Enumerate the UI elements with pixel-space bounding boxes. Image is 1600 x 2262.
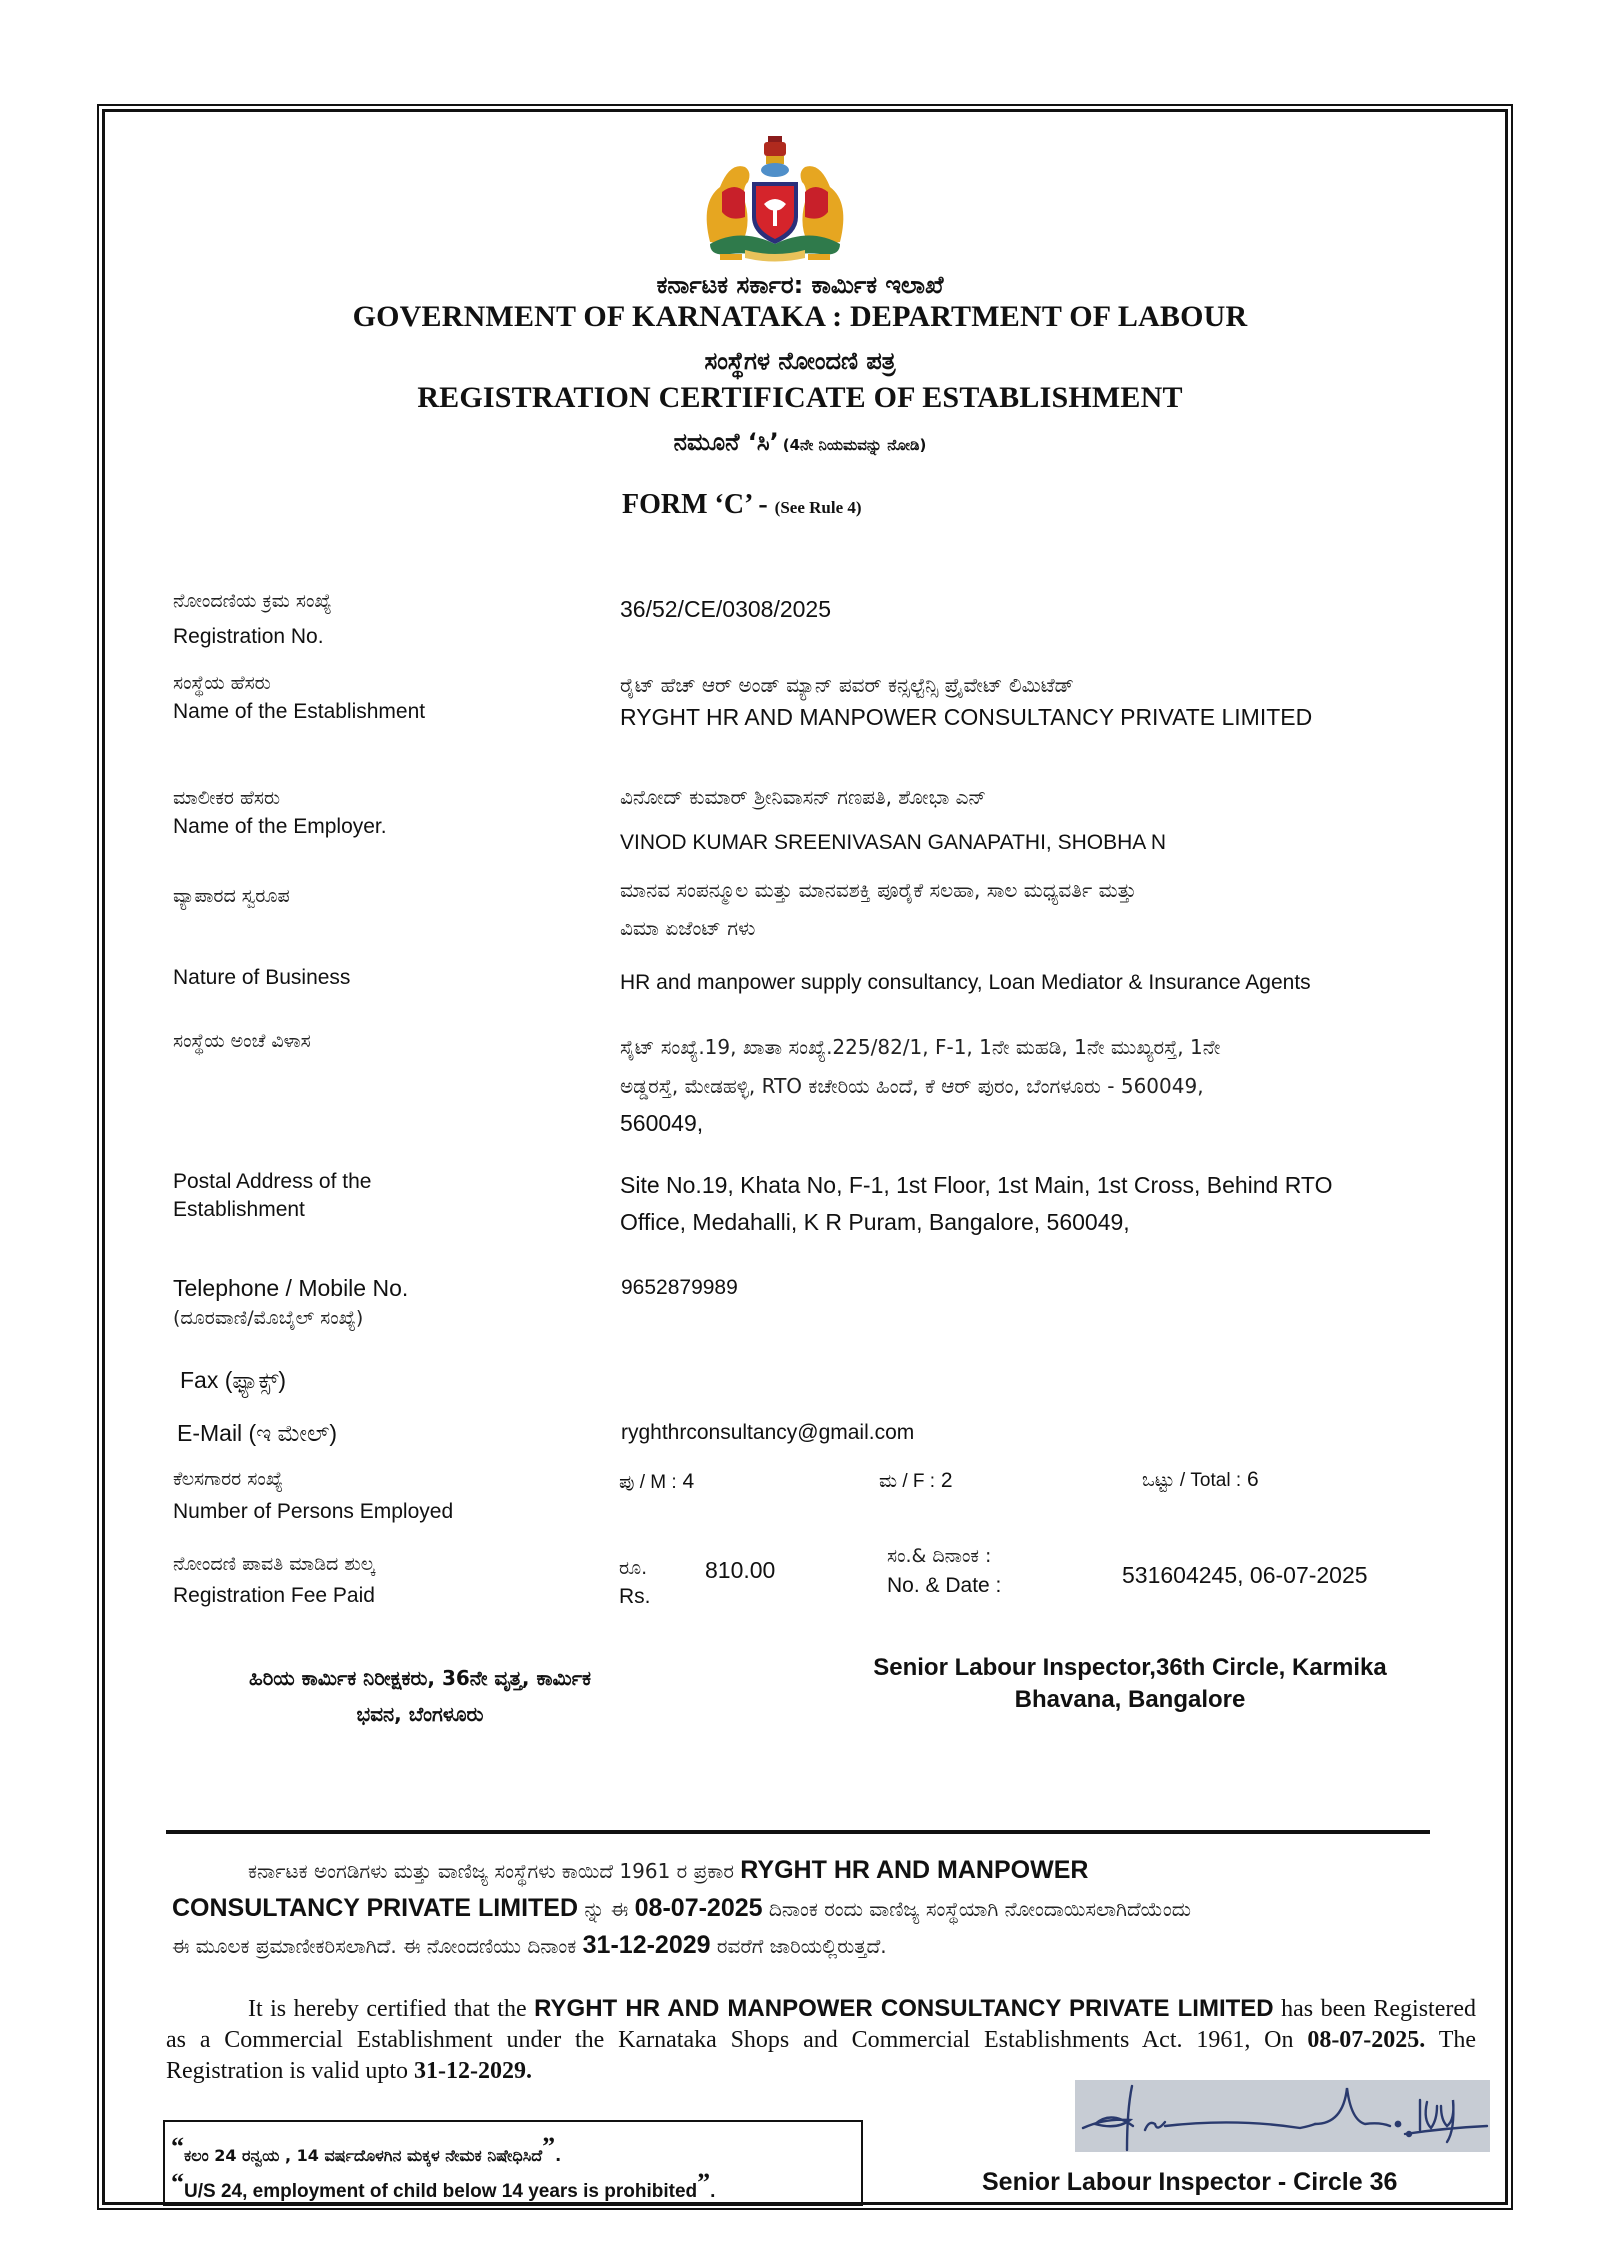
fee-currency: Rs. bbox=[619, 1585, 651, 1609]
employer-name-value-kannada: ವಿನೋದ್ ಕುಮಾರ್ ಶ್ರೀನಿವಾಸನ್ ಗಣಪತಿ, ಶೋಭಾ ಎನ… bbox=[620, 785, 986, 809]
business-nature-label-kannada: ವ್ಯಾಪಾರದ ಸ್ವರೂಪ bbox=[173, 885, 290, 907]
female-count: ಮ / F : 2 bbox=[879, 1469, 953, 1493]
male-count-value: 4 bbox=[683, 1470, 695, 1493]
issuing-office-kannada: ಹಿರಿಯ ಕಾರ್ಮಿಕ ನಿರೀಕ್ಷಕರು, 36ನೇ ವೃತ್ತ, ಕಾ… bbox=[160, 1660, 680, 1732]
certification-date-to: 31-12-2029. bbox=[414, 2058, 532, 2084]
persons-employed-label-kannada: ಕೆಲಸಗಾರರ ಸಂಖ್ಯೆ bbox=[173, 1468, 283, 1490]
postal-address-value-line1: Site No.19, Khata No, F-1, 1st Floor, 1s… bbox=[620, 1172, 1332, 1199]
postal-address-value-kannada-line2: ಅಡ್ಡರಸ್ತೆ, ಮೇಡಹಳ್ಳಿ, RTO ಕಚೇರಿಯ ಹಿಂದೆ, ಕ… bbox=[620, 1074, 1204, 1098]
form-name: FORM ‘C’ - bbox=[622, 489, 768, 520]
certification-kannada-line1: ಕರ್ನಾಟಕ ಅಂಗಡಿಗಳು ಮತ್ತು ವಾಣಿಜ್ಯ ಸಂಸ್ಥೆಗಳು… bbox=[172, 1850, 1088, 1891]
registration-no-label-kannada: ನೋಂದಣಿಯ ಕ್ರಮ ಸಂಖ್ಯೆ bbox=[173, 590, 332, 612]
certification-kannada-text: ನ್ನು ಈ bbox=[584, 1897, 628, 1921]
certification-kannada-company: RYGHT HR AND MANPOWER bbox=[740, 1856, 1088, 1884]
certification-text: It is hereby certified that the bbox=[248, 1996, 527, 2022]
establishment-name-label: Name of the Establishment bbox=[173, 700, 425, 724]
business-nature-value-kannada-line2: ವಿಮಾ ಏಜೆಂಟ್ ಗಳು bbox=[620, 916, 755, 940]
certification-kannada-date-from: 08-07-2025 bbox=[635, 1894, 763, 1922]
email-label: E-Mail (ಇ ಮೇಲ್) bbox=[177, 1420, 337, 1447]
issuing-office-line2: Bhavana, Bangalore bbox=[820, 1684, 1440, 1716]
certification-kannada-line2: CONSULTANCY PRIVATE LIMITED ನ್ನು ಈ 08-07… bbox=[172, 1888, 1191, 1929]
certification-kannada-text: ಕರ್ನಾಟಕ ಅಂಗಡಿಗಳು ಮತ್ತು ವಾಣಿಜ್ಯ ಸಂಸ್ಥೆಗಳು… bbox=[248, 1859, 734, 1883]
form-label-kannada: ನಮೂನೆ ‘ಸಿ’ (4ನೇ ನಿಯಮವನ್ನು ನೋಡಿ) bbox=[0, 428, 1600, 456]
registration-fee-label: Registration Fee Paid bbox=[173, 1584, 375, 1608]
notice-kannada: “ಕಲಂ 24 ರನ್ವಯ , 14 ವರ್ಷದೊಳಗಿನ ಮಕ್ಕಳ ನೇಮಕ… bbox=[171, 2132, 561, 2166]
period: . bbox=[555, 2146, 561, 2165]
certification-kannada-line3: ಈ ಮೂಲಕ ಪ್ರಮಾಣೀಕರಿಸಲಾಗಿದೆ. ಈ ನೋಂದಣಿಯು ದಿನ… bbox=[172, 1925, 887, 1966]
department-title-kannada: ಕರ್ನಾಟಕ ಸರ್ಕಾರ: ಕಾರ್ಮಿಕ ಇಲಾಖೆ bbox=[0, 271, 1600, 299]
total-count-value: 6 bbox=[1247, 1468, 1259, 1491]
telephone-label-kannada: (ದೂರವಾಣಿ/ಮೊಬೈಲ್ ಸಂಖ್ಯೆ) bbox=[173, 1307, 363, 1329]
section-divider bbox=[166, 1830, 1430, 1834]
signatory-title: Senior Labour Inspector - Circle 36 bbox=[982, 2168, 1397, 2197]
close-quote: ” bbox=[542, 2132, 555, 2161]
certification-kannada-date-to: 31-12-2029 bbox=[583, 1931, 711, 1959]
certificate-title-kannada: ಸಂಸ್ಥೆಗಳ ನೋಂದಣಿ ಪತ್ರ bbox=[0, 347, 1600, 375]
certification-kannada-text: ದಿನಾಂಕ ರಂದು ವಾಣಿಜ್ಯ ಸಂಸ್ಥೆಯಾಗಿ ನೋಂದಾಯಿಸಲ… bbox=[769, 1897, 1191, 1921]
department-title: GOVERNMENT OF KARNATAKA : DEPARTMENT OF … bbox=[0, 300, 1600, 334]
issuing-office-kannada-line1: ಹಿರಿಯ ಕಾರ್ಮಿಕ ನಿರೀಕ್ಷಕರು, 36ನೇ ವೃತ್ತ, ಕಾ… bbox=[160, 1660, 680, 1696]
form-name-kannada: ನಮೂನೆ ‘ಸಿ’ bbox=[674, 428, 779, 456]
registration-no-value: 36/52/CE/0308/2025 bbox=[620, 596, 831, 623]
form-rule-kannada: (4ನೇ ನಿಯಮವನ್ನು ನೋಡಿ) bbox=[783, 436, 927, 454]
male-count: ಪು / M : 4 bbox=[619, 1470, 694, 1494]
certification-kannada-text: ಈ ಮೂಲಕ ಪ್ರಮಾಣೀಕರಿಸಲಾಗಿದೆ. ಈ ನೋಂದಣಿಯು ದಿನ… bbox=[172, 1934, 576, 1958]
persons-employed-label: Number of Persons Employed bbox=[173, 1500, 453, 1524]
employer-name-label-kannada: ಮಾಲೀಕರ ಹೆಸರು bbox=[173, 787, 280, 809]
notice-kannada-text: ಕಲಂ 24 ರನ್ವಯ , 14 ವರ್ಷದೊಳಗಿನ ಮಕ್ಕಳ ನೇಮಕ … bbox=[184, 2146, 542, 2165]
receipt-no-date-value: 531604245, 06-07-2025 bbox=[1122, 1562, 1368, 1589]
postal-address-value-kannada-line3: 560049, bbox=[620, 1110, 703, 1137]
form-label: FORM ‘C’ - (See Rule 4) bbox=[622, 489, 862, 521]
receipt-no-date-label-kannada: ಸಂ.& ದಿನಾಂಕ : bbox=[887, 1545, 991, 1567]
fee-amount: 810.00 bbox=[705, 1557, 775, 1584]
registration-fee-label-kannada: ನೋಂದಣಿ ಪಾವತಿ ಮಾಡಿದ ಶುಲ್ಕ bbox=[173, 1553, 375, 1575]
female-count-value: 2 bbox=[941, 1469, 953, 1492]
total-count: ಒಟ್ಟು / Total : 6 bbox=[1142, 1468, 1259, 1492]
postal-address-label-kannada: ಸಂಸ್ಥೆಯ ಅಂಚೆ ವಿಳಾಸ bbox=[173, 1030, 311, 1052]
telephone-value: 9652879989 bbox=[621, 1276, 738, 1300]
certification-date-from: 08-07-2025. bbox=[1307, 2027, 1425, 2053]
employer-name-value: VINOD KUMAR SREENIVASAN GANAPATHI, SHOBH… bbox=[620, 831, 1166, 855]
postal-address-label-line2: Establishment bbox=[173, 1198, 305, 1222]
period: . bbox=[710, 2181, 715, 2202]
signature-icon bbox=[1075, 2080, 1490, 2152]
form-rule: (See Rule 4) bbox=[775, 498, 862, 517]
issuing-office: Senior Labour Inspector,36th Circle, Kar… bbox=[820, 1652, 1440, 1716]
business-nature-value-kannada-line1: ಮಾನವ ಸಂಪನ್ಮೂಲ ಮತ್ತು ಮಾನವಶಕ್ತಿ ಪೂರೈಕೆ ಸಲಹ… bbox=[620, 878, 1136, 902]
postal-address-value-line2: Office, Medahalli, K R Puram, Bangalore,… bbox=[620, 1209, 1130, 1236]
telephone-label: Telephone / Mobile No. bbox=[173, 1275, 408, 1302]
fee-currency-kannada: ರೂ. bbox=[619, 1557, 647, 1579]
notice-english: “U/S 24, employment of child below 14 ye… bbox=[171, 2168, 715, 2203]
email-value: ryghthrconsultancy@gmail.com bbox=[621, 1421, 914, 1445]
establishment-name-label-kannada: ಸಂಸ್ಥೆಯ ಹೆಸರು bbox=[173, 672, 271, 694]
receipt-no-date-label: No. & Date : bbox=[887, 1574, 1001, 1598]
total-count-label: ಒಟ್ಟು / Total : bbox=[1142, 1470, 1241, 1491]
karnataka-emblem-icon bbox=[690, 132, 860, 267]
employer-name-label: Name of the Employer. bbox=[173, 815, 387, 839]
issuing-office-kannada-line2: ಭವನ, ಬೆಂಗಳೂರು bbox=[160, 1696, 680, 1732]
certification-kannada-company-cont: CONSULTANCY PRIVATE LIMITED bbox=[172, 1894, 578, 1922]
signature-image bbox=[1075, 2080, 1490, 2152]
business-nature-value: HR and manpower supply consultancy, Loan… bbox=[620, 971, 1311, 995]
establishment-name-value-kannada: ರೈಟ್ ಹೆಚ್ ಆರ್ ಅಂಡ್ ಮ್ಯಾನ್ ಪವರ್ ಕನ್ಸಲ್ಟೆನ… bbox=[620, 673, 1074, 697]
registration-no-label: Registration No. bbox=[173, 625, 324, 649]
open-quote: “ bbox=[171, 2168, 184, 2197]
business-nature-label: Nature of Business bbox=[173, 966, 350, 990]
postal-address-value-kannada-line1: ಸೈಟ್ ಸಂಖ್ಯೆ.19, ಖಾತಾ ಸಂಖ್ಯೆ.225/82/1, F-… bbox=[620, 1035, 1220, 1059]
certification-company: RYGHT HR AND MANPOWER CONSULTANCY PRIVAT… bbox=[534, 1995, 1274, 2022]
male-count-label: ಪು / M : bbox=[619, 1472, 677, 1493]
postal-address-label-line1: Postal Address of the bbox=[173, 1170, 371, 1194]
notice-english-text: U/S 24, employment of child below 14 yea… bbox=[184, 2181, 697, 2202]
child-labour-notice: “ಕಲಂ 24 ರನ್ವಯ , 14 ವರ್ಷದೊಳಗಿನ ಮಕ್ಕಳ ನೇಮಕ… bbox=[163, 2120, 863, 2206]
certificate-title: REGISTRATION CERTIFICATE OF ESTABLISHMEN… bbox=[0, 381, 1600, 415]
issuing-office-line1: Senior Labour Inspector,36th Circle, Kar… bbox=[820, 1652, 1440, 1684]
open-quote: “ bbox=[171, 2132, 184, 2161]
female-count-label: ಮ / F : bbox=[879, 1471, 935, 1492]
establishment-name-value: RYGHT HR AND MANPOWER CONSULTANCY PRIVAT… bbox=[620, 704, 1312, 731]
fax-label: Fax (ಫ್ಯಾಕ್ಸ್) bbox=[180, 1367, 286, 1394]
certification-kannada-text: ರವರೆಗೆ ಜಾರಿಯಲ್ಲಿರುತ್ತದೆ. bbox=[717, 1934, 887, 1958]
close-quote: ” bbox=[697, 2168, 710, 2197]
certification-english: It is hereby certified that the RYGHT HR… bbox=[166, 1993, 1476, 2087]
